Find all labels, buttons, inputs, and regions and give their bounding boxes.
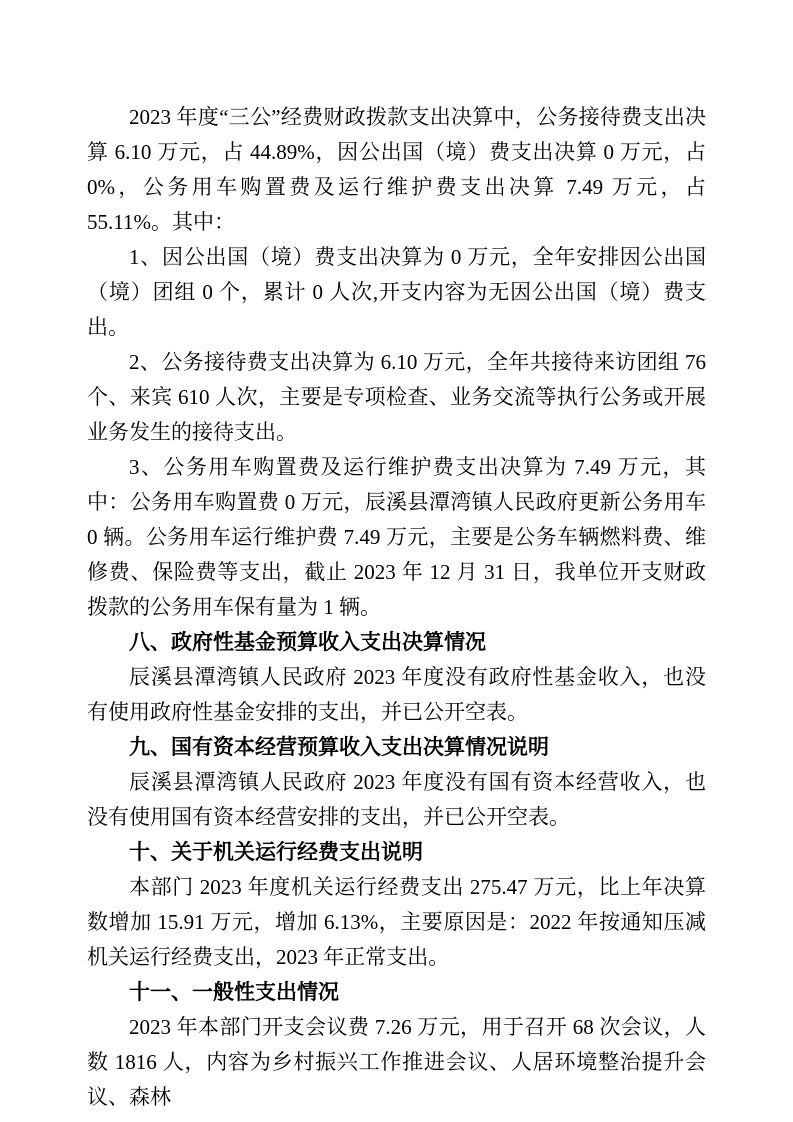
para-official-reception-expense: 2、公务接待费支出决算为 6.10 万元，全年共接待来访团组 76 个、来宾 6… [87,345,706,450]
para-section-11-meeting-expense: 2023 年本部门开支会议费 7.26 万元，用于召开 68 次会议，人数 18… [87,1010,706,1115]
heading-section-9-state-capital: 九、国有资本经营预算收入支出决算情况说明 [87,730,706,765]
document-page: 2023 年度“三公”经费财政拨款支出决算中，公务接待费支出决算 6.10 万元… [0,0,793,1122]
heading-section-10-operating-expense: 十、关于机关运行经费支出说明 [87,835,706,870]
para-overseas-travel-expense: 1、因公出国（境）费支出决算为 0 万元，全年安排因公出国（境）团组 0 个，累… [87,240,706,345]
heading-section-11-general-expenditure: 十一、一般性支出情况 [87,975,706,1010]
para-official-vehicle-expense: 3、公务用车购置费及运行维护费支出决算为 7.49 万元，其中：公务用车购置费 … [87,450,706,625]
para-section-9-state-capital: 辰溪县潭湾镇人民政府 2023 年度没有国有资本经营收入，也没有使用国有资本经营… [87,765,706,835]
para-sangong-expenditure-summary: 2023 年度“三公”经费财政拨款支出决算中，公务接待费支出决算 6.10 万元… [87,100,706,240]
para-section-8-government-funds: 辰溪县潭湾镇人民政府 2023 年度没有政府性基金收入，也没有使用政府性基金安排… [87,660,706,730]
para-section-10-operating-expense: 本部门 2023 年度机关运行经费支出 275.47 万元，比上年决算数增加 1… [87,870,706,975]
heading-section-8-government-funds: 八、政府性基金预算收入支出决算情况 [87,625,706,660]
